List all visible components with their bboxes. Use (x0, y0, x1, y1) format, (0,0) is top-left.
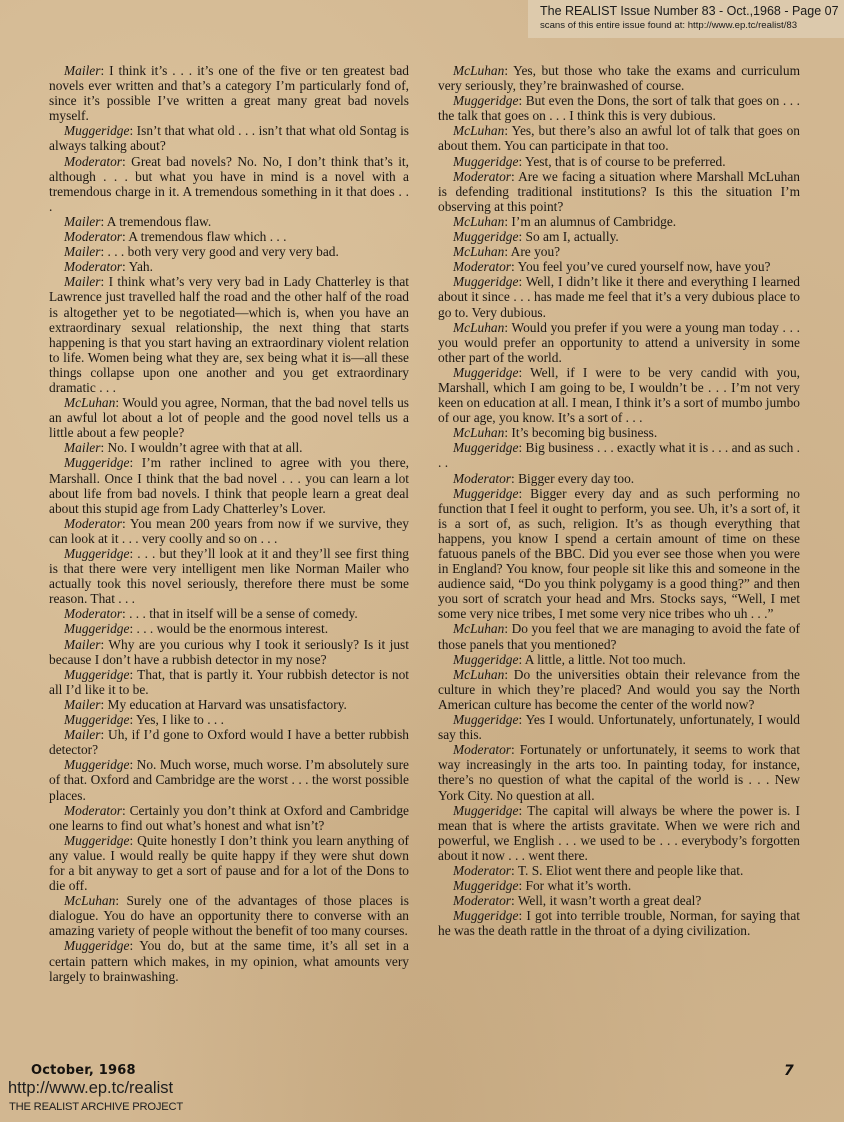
speaker-name: Muggeridge (453, 154, 518, 169)
dialogue-paragraph: Muggeridge: You do, but at the same time… (49, 938, 409, 983)
dialogue-paragraph: Moderator: Certainly you don’t think at … (49, 803, 409, 833)
speaker-name: Muggeridge (453, 365, 518, 380)
speaker-name: Moderator (64, 259, 122, 274)
dialogue-paragraph: McLuhan: Yes, but those who take the exa… (438, 63, 800, 93)
speaker-name: Muggeridge (64, 833, 129, 848)
speaker-name: Muggeridge (453, 803, 518, 818)
speaker-name: Muggeridge (64, 712, 129, 727)
speaker-name: Muggeridge (64, 546, 129, 561)
dialogue-text: I think what’s very very bad in Lady Cha… (49, 274, 409, 395)
dialogue-text: T. S. Eliot went there and people like t… (518, 863, 743, 878)
dialogue-paragraph: Moderator: Yah. (49, 259, 409, 274)
dialogue-paragraph: Muggeridge: No. Much worse, much worse. … (49, 757, 409, 802)
dialogue-text: A little, a little. Not too much. (525, 652, 686, 667)
dialogue-paragraph: Muggeridge: . . . but they’ll look at it… (49, 546, 409, 606)
speaker-name: Muggeridge (453, 878, 518, 893)
speaker-name: Mailer (64, 214, 100, 229)
dialogue-paragraph: Muggeridge: Well, if I were to be very c… (438, 365, 800, 425)
speaker-name: Muggeridge (453, 229, 518, 244)
speaker-name: Mailer (64, 697, 100, 712)
speaker-name: Muggeridge (64, 667, 129, 682)
dialogue-text: My education at Harvard was unsatisfacto… (108, 697, 347, 712)
speaker-name: Mailer (64, 637, 100, 652)
archive-issue-title: The REALIST Issue Number 83 - Oct.,1968 … (540, 4, 844, 19)
speaker-name: McLuhan (453, 425, 504, 440)
speaker-name: McLuhan (453, 123, 504, 138)
dialogue-text: . . . would be the enormous interest. (137, 621, 329, 636)
dialogue-paragraph: Muggeridge: I’m rather inclined to agree… (49, 455, 409, 515)
dialogue-paragraph: Moderator: A tremendous flaw which . . . (49, 229, 409, 244)
archive-project-label: THE REALIST ARCHIVE PROJECT (9, 1101, 183, 1113)
archive-header: The REALIST Issue Number 83 - Oct.,1968 … (528, 0, 844, 38)
dialogue-text: Why are you curious why I took it seriou… (49, 637, 409, 667)
speaker-name: Muggeridge (453, 712, 518, 727)
dialogue-paragraph: McLuhan: Surely one of the advantages of… (49, 893, 409, 938)
dialogue-paragraph: Moderator: Are we facing a situation whe… (438, 169, 800, 214)
dialogue-paragraph: Mailer: I think what’s very very bad in … (49, 274, 409, 395)
dialogue-paragraph: Muggeridge: Yest, that is of course to b… (438, 154, 800, 169)
speaker-name: Muggeridge (453, 93, 518, 108)
dialogue-text: . . . that in itself will be a sense of … (129, 606, 358, 621)
dialogue-text: A tremendous flaw. (107, 214, 211, 229)
dialogue-text: Bigger every day too. (518, 471, 634, 486)
dialogue-text: I’m an alumnus of Cambridge. (511, 214, 676, 229)
speaker-name: McLuhan (64, 893, 115, 908)
dialogue-text: Bigger every day and as such performing … (438, 486, 800, 622)
dialogue-text: Well, it wasn’t worth a great deal? (518, 893, 701, 908)
speaker-name: Moderator (64, 516, 122, 531)
speaker-name: Muggeridge (453, 274, 518, 289)
speaker-name: Mailer (64, 244, 100, 259)
dialogue-paragraph: Moderator: Bigger every day too. (438, 471, 800, 486)
dialogue-paragraph: Moderator: You mean 200 years from now i… (49, 516, 409, 546)
dialogue-paragraph: Mailer: I think it’s . . . it’s one of t… (49, 63, 409, 123)
speaker-name: Mailer (64, 440, 100, 455)
speaker-name: Moderator (453, 893, 511, 908)
speaker-name: McLuhan (453, 667, 504, 682)
speaker-name: Moderator (453, 169, 511, 184)
dialogue-paragraph: Muggeridge: . . . would be the enormous … (49, 621, 409, 636)
speaker-name: Muggeridge (453, 486, 518, 501)
dialogue-text: It’s becoming big business. (511, 425, 657, 440)
dialogue-paragraph: McLuhan: Do the universities obtain thei… (438, 667, 800, 712)
dialogue-paragraph: Muggeridge: The capital will always be w… (438, 803, 800, 863)
dialogue-paragraph: Muggeridge: Big business . . . exactly w… (438, 440, 800, 470)
speaker-name: McLuhan (64, 395, 115, 410)
dialogue-text: You feel you’ve cured yourself now, have… (518, 259, 771, 274)
speaker-name: Moderator (64, 229, 122, 244)
dialogue-paragraph: Muggeridge: Bigger every day and as such… (438, 486, 800, 622)
archive-scans-link[interactable]: scans of this entire issue found at: htt… (540, 19, 844, 32)
speaker-name: McLuhan (453, 214, 504, 229)
dialogue-text: Yah. (129, 259, 153, 274)
dialogue-paragraph: McLuhan: I’m an alumnus of Cambridge. (438, 214, 800, 229)
dialogue-paragraph: McLuhan: Would you prefer if you were a … (438, 320, 800, 365)
right-column: McLuhan: Yes, but those who take the exa… (438, 63, 800, 938)
dialogue-paragraph: Mailer: A tremendous flaw. (49, 214, 409, 229)
dialogue-paragraph: Muggeridge: I got into terrible trouble,… (438, 908, 800, 938)
dialogue-paragraph: Muggeridge: So am I, actually. (438, 229, 800, 244)
dialogue-paragraph: McLuhan: Do you feel that we are managin… (438, 621, 800, 651)
speaker-name: Muggeridge (453, 652, 518, 667)
dialogue-paragraph: McLuhan: Would you agree, Norman, that t… (49, 395, 409, 440)
dialogue-paragraph: Muggeridge: For what it’s worth. (438, 878, 800, 893)
speaker-name: McLuhan (453, 244, 504, 259)
dialogue-text: A tremendous flaw which . . . (128, 229, 286, 244)
dialogue-text: For what it’s worth. (526, 878, 632, 893)
speaker-name: Moderator (453, 863, 511, 878)
dialogue-paragraph: Muggeridge: A little, a little. Not too … (438, 652, 800, 667)
speaker-name: Moderator (64, 154, 122, 169)
dialogue-text: No. I wouldn’t agree with that at all. (108, 440, 303, 455)
speaker-name: Muggeridge (64, 757, 129, 772)
speaker-name: Muggeridge (64, 123, 129, 138)
speaker-name: McLuhan (453, 63, 504, 78)
dialogue-text: . . . both very very good and very very … (108, 244, 339, 259)
dialogue-paragraph: Muggeridge: Yes I would. Unfortunately, … (438, 712, 800, 742)
speaker-name: Moderator (453, 471, 511, 486)
page-number: 7 (784, 1063, 794, 1079)
issue-date: October, 1968 (31, 1063, 136, 1078)
dialogue-paragraph: Muggeridge: That, that is partly it. You… (49, 667, 409, 697)
dialogue-text: Yes, I like to . . . (136, 712, 224, 727)
dialogue-paragraph: Mailer: No. I wouldn’t agree with that a… (49, 440, 409, 455)
dialogue-paragraph: Mailer: Why are you curious why I took i… (49, 637, 409, 667)
dialogue-paragraph: Muggeridge: Yes, I like to . . . (49, 712, 409, 727)
dialogue-text: Uh, if I’d gone to Oxford would I have a… (49, 727, 409, 757)
speaker-name: Mailer (64, 727, 100, 742)
dialogue-paragraph: Mailer: My education at Harvard was unsa… (49, 697, 409, 712)
dialogue-paragraph: Moderator: You feel you’ve cured yoursel… (438, 259, 800, 274)
speaker-name: Moderator (64, 803, 122, 818)
dialogue-paragraph: Moderator: Well, it wasn’t worth a great… (438, 893, 800, 908)
speaker-name: Mailer (64, 274, 100, 289)
speaker-name: Mailer (64, 63, 100, 78)
dialogue-paragraph: Mailer: . . . both very very good and ve… (49, 244, 409, 259)
dialogue-paragraph: McLuhan: Are you? (438, 244, 800, 259)
speaker-name: McLuhan (453, 621, 504, 636)
dialogue-text: Are you? (511, 244, 560, 259)
dialogue-paragraph: Moderator: T. S. Eliot went there and pe… (438, 863, 800, 878)
dialogue-paragraph: Muggeridge: But even the Dons, the sort … (438, 93, 800, 123)
dialogue-paragraph: Muggeridge: Well, I didn’t like it there… (438, 274, 800, 319)
dialogue-text: I think it’s . . . it’s one of the five … (49, 63, 409, 123)
speaker-name: Muggeridge (453, 440, 518, 455)
dialogue-paragraph: Muggeridge: Quite honestly I don’t think… (49, 833, 409, 893)
speaker-name: Muggeridge (64, 621, 129, 636)
dialogue-text: Yest, that is of course to be preferred. (525, 154, 726, 169)
dialogue-text: So am I, actually. (526, 229, 619, 244)
speaker-name: McLuhan (453, 320, 504, 335)
dialogue-paragraph: Mailer: Uh, if I’d gone to Oxford would … (49, 727, 409, 757)
left-column: Mailer: I think it’s . . . it’s one of t… (49, 63, 409, 984)
dialogue-paragraph: McLuhan: It’s becoming big business. (438, 425, 800, 440)
speaker-name: Moderator (453, 742, 511, 757)
speaker-name: Moderator (453, 259, 511, 274)
archive-url-link[interactable]: http://www.ep.tc/realist (8, 1079, 173, 1098)
dialogue-paragraph: Muggeridge: Isn’t that what old . . . is… (49, 123, 409, 153)
dialogue-paragraph: Moderator: . . . that in itself will be … (49, 606, 409, 621)
speaker-name: Muggeridge (64, 938, 129, 953)
speaker-name: Muggeridge (64, 455, 129, 470)
speaker-name: Moderator (64, 606, 122, 621)
dialogue-paragraph: Moderator: Fortunately or unfortunately,… (438, 742, 800, 802)
dialogue-paragraph: Moderator: Great bad novels? No. No, I d… (49, 154, 409, 214)
speaker-name: Muggeridge (453, 908, 518, 923)
dialogue-paragraph: McLuhan: Yes, but there’s also an awful … (438, 123, 800, 153)
